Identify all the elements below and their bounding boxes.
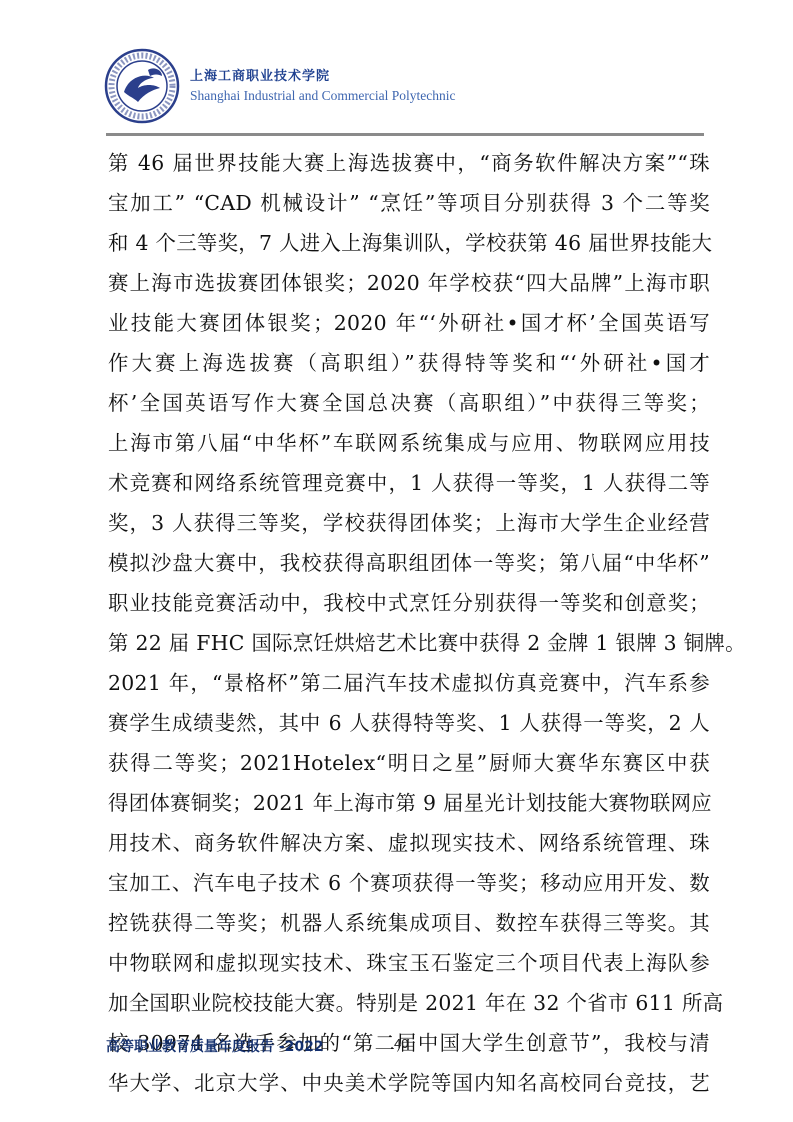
- text-line: 获得二等奖；2021Hotelex“明日之星”厨师大赛华东赛区中获: [108, 743, 710, 783]
- text-line: 加全国职业院校技能大赛。特别是 2021 年在 32 个省市 611 所高: [108, 983, 710, 1023]
- text-line: 得团体赛铜奖；2021 年上海市第 9 届星光计划技能大赛物联网应: [108, 783, 710, 823]
- text-line: 职业技能竞赛活动中，我校中式烹饪分别获得一等奖和创意奖；: [108, 583, 710, 623]
- report-title: 高等职业教育质量年度报告 -2022: [106, 1036, 324, 1056]
- school-name-en: Shanghai Industrial and Commercial Polyt…: [190, 88, 455, 104]
- text-line: 第 22 届 FHC 国际烹饪烘焙艺术比赛中获得 2 金牌 1 银牌 3 铜牌。: [108, 623, 710, 663]
- text-line: 术竞赛和网络系统管理竞赛中，1 人获得一等奖，1 人获得二等: [108, 463, 710, 503]
- text-line: 控铣获得二等奖；机器人系统集成项目、数控车获得三等奖。其: [108, 903, 710, 943]
- text-line: 业技能大赛团体银奖；2020 年“‘外研社•国才杯’全国英语写: [108, 303, 710, 343]
- text-line: 华大学、北京大学、中央美术学院等国内知名高校同台竞技，艺: [108, 1063, 710, 1103]
- text-line: 上海市第八届“中华杯”车联网系统集成与应用、物联网应用技: [108, 423, 710, 463]
- text-line: 模拟沙盘大赛中，我校获得高职组团体一等奖；第八届“中华杯”: [108, 543, 710, 583]
- text-line: 2021 年，“景格杯”第二届汽车技术虚拟仿真竞赛中，汽车系参: [108, 663, 710, 703]
- text-line: 赛上海市选拔赛团体银奖；2020 年学校获“四大品牌”上海市职: [108, 263, 710, 303]
- text-line: 赛学生成绩斐然，其中 6 人获得特等奖、1 人获得一等奖，2 人: [108, 703, 710, 743]
- text-line: 第 46 届世界技能大赛上海选拔赛中，“商务软件解决方案”“珠: [108, 143, 710, 183]
- text-line: 奖，3 人获得三等奖，学校获得团体奖；上海市大学生企业经营: [108, 503, 710, 543]
- school-name-cn: 上海工商职业技术学院: [190, 65, 330, 84]
- header-divider: [106, 133, 704, 136]
- text-line: 用技术、商务软件解决方案、虚拟现实技术、网络系统管理、珠: [108, 823, 710, 863]
- school-emblem-icon: [104, 48, 180, 124]
- page-header: 上海工商职业技术学院 Shanghai Industrial and Comme…: [104, 48, 704, 132]
- text-line: 中物联网和虚拟现实技术、珠宝玉石鉴定三个项目代表上海队参: [108, 943, 710, 983]
- body-paragraph: 第 46 届世界技能大赛上海选拔赛中，“商务软件解决方案”“珠 宝加工” “CA…: [108, 143, 710, 1103]
- page-number: 40: [394, 1036, 408, 1051]
- text-line: 宝加工” “CAD 机械设计” “烹饪”等项目分别获得 3 个二等奖: [108, 183, 710, 223]
- text-line: 和 4 个三等奖，7 人进入上海集训队，学校获第 46 届世界技能大: [108, 223, 710, 263]
- text-line: 作大赛上海选拔赛（高职组）”获得特等奖和“‘外研社•国才: [108, 343, 710, 383]
- text-line: 杯’全国英语写作大赛全国总决赛（高职组）”中获得三等奖；: [108, 383, 710, 423]
- text-line: 宝加工、汽车电子技术 6 个赛项获得一等奖；移动应用开发、数: [108, 863, 710, 903]
